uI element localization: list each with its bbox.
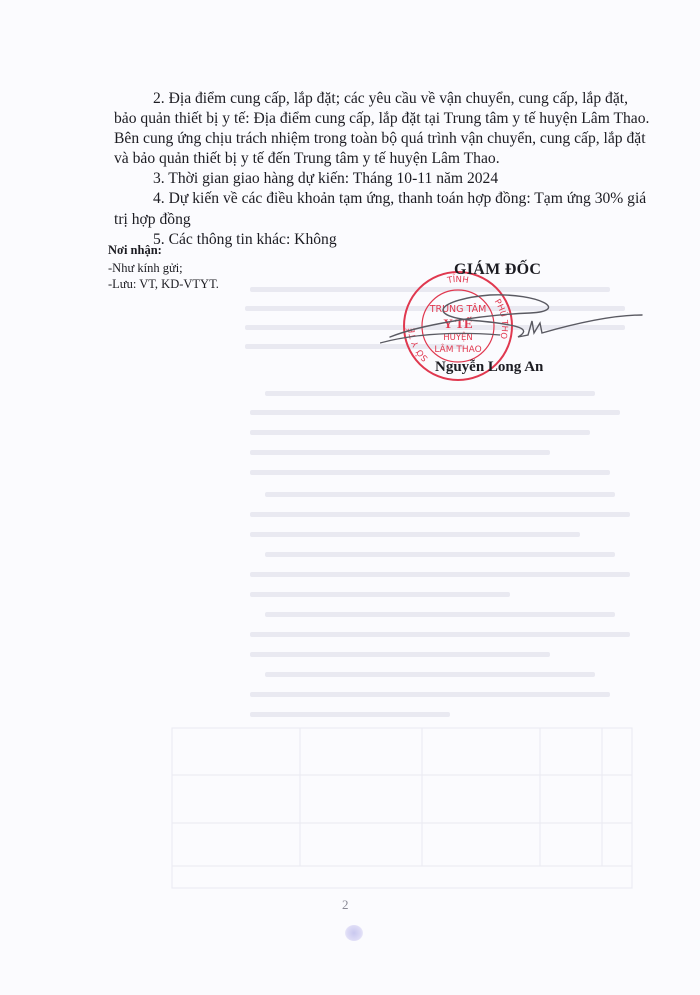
item-4-line-1: 4. Dự kiến về các điều khoản tạm ứng, th… (153, 189, 625, 209)
item-5-line-1: 5. Các thông tin khác: Không (153, 230, 337, 250)
ink-stain-mark (345, 925, 363, 941)
item-2-line-1: 2. Địa điểm cung cấp, lắp đặt; các yêu c… (153, 89, 625, 109)
handwritten-signature-icon (380, 285, 650, 355)
recipient-item-2: -Lưu: VT, KD-VTYT. (108, 277, 219, 292)
item-2-line-4: và bảo quản thiết bị y tế đến Trung tâm … (114, 149, 500, 169)
item-4-line-2: trị hợp đồng (114, 210, 191, 230)
document-page: 2. Địa điểm cung cấp, lắp đặt; các yêu c… (0, 0, 700, 995)
signature-position-title: GIÁM ĐỐC (454, 261, 541, 279)
recipients-title: Nơi nhận: (108, 243, 162, 258)
item-3-line-1: 3. Thời gian giao hàng dự kiến: Tháng 10… (153, 169, 498, 189)
item-2-line-2: bảo quản thiết bị y tế: Địa điểm cung cấ… (114, 109, 625, 129)
recipient-item-1: -Như kính gửi; (108, 261, 183, 276)
item-2-line-3: Bên cung ứng chịu trách nhiệm trong toàn… (114, 129, 625, 149)
page-number: 2 (342, 897, 349, 913)
signer-name: Nguyễn Long An (435, 359, 543, 376)
